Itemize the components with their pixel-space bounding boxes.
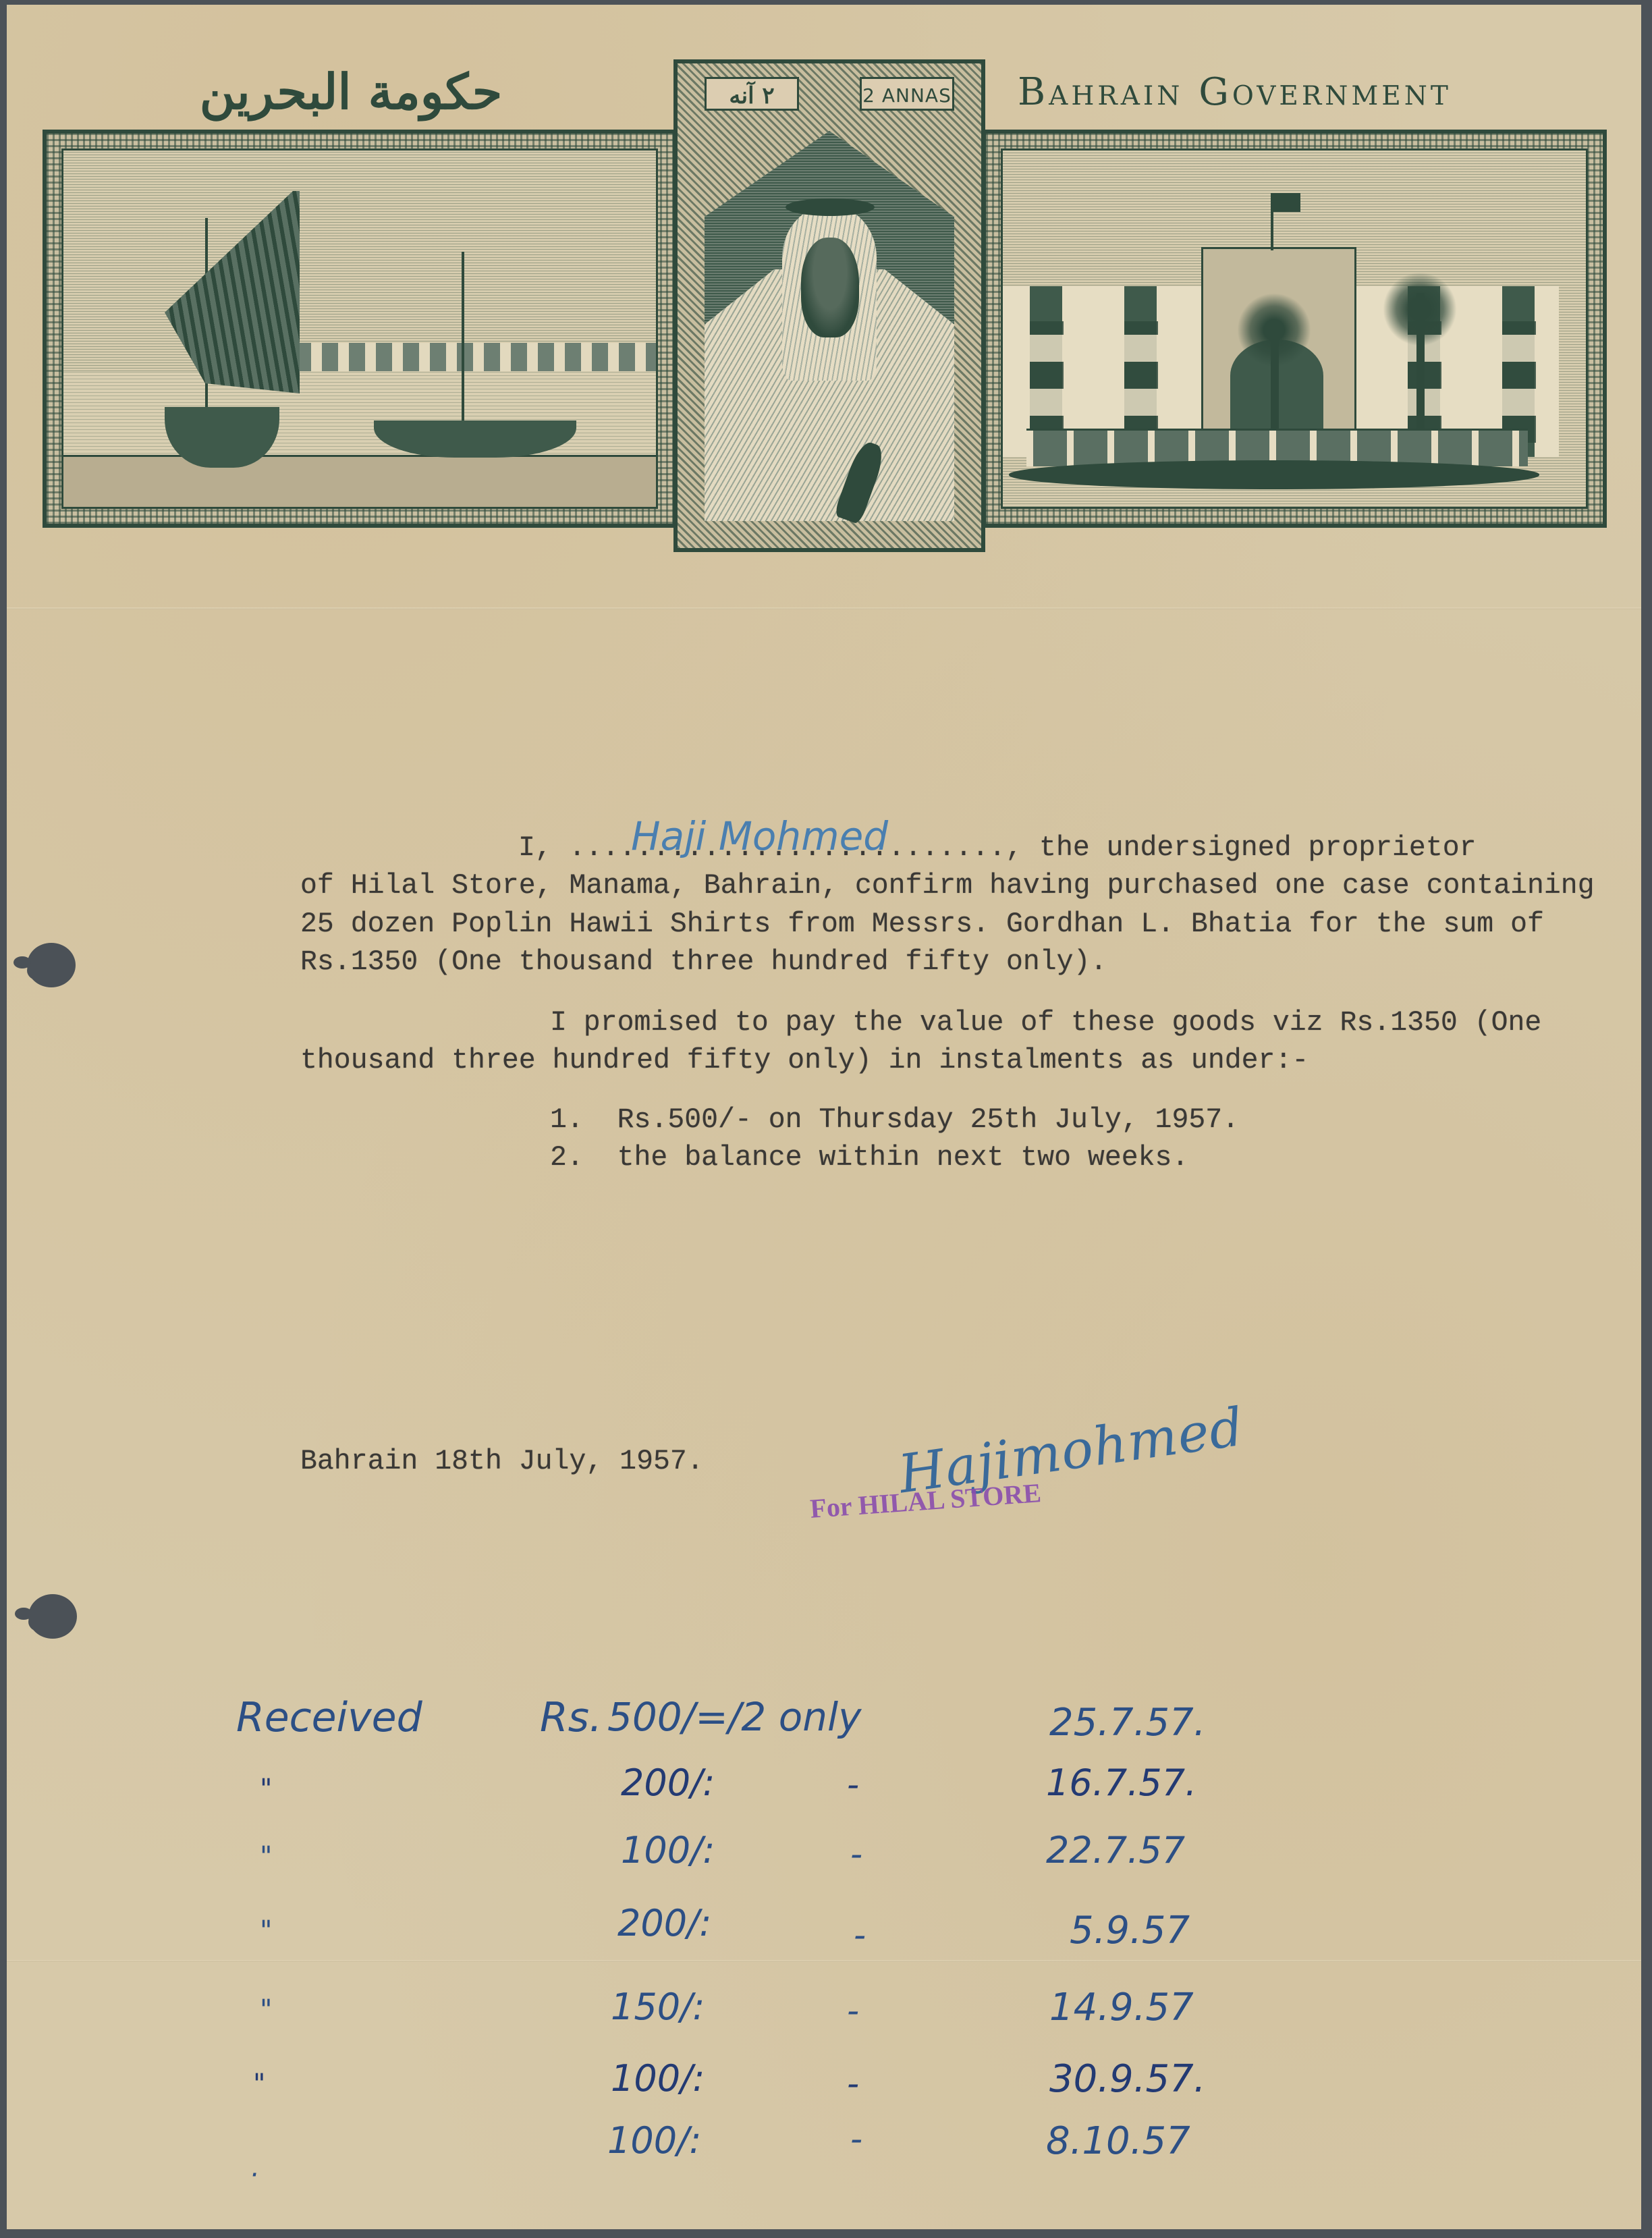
payment-amount: 150/: [611,1986,705,2028]
punch-hole [28,1594,77,1639]
payment-dash: - [850,2119,862,2158]
instalment-1: 1. Rs.500/- on Thursday 25th July, 1957. [550,1101,1239,1139]
body-line-4: Rs.1350 (One thousand three hundred fift… [300,943,1107,981]
payment-date: 8.10.57 [1046,2119,1190,2163]
para2-line-1: I promised to pay the value of these goo… [550,1004,1541,1042]
palm-tree-icon [1383,272,1457,346]
harbour-vignette [43,130,677,528]
payment-amount: 100/: [611,2057,705,2100]
intro-prefix: I, [518,832,569,864]
received-label: Received [236,1694,422,1741]
ditto-mark: " [253,2069,265,2100]
payment-dash: - [850,1834,862,1874]
para2-line-2: thousand three hundred fifty only) in in… [300,1041,1309,1080]
paper-fold [7,1960,1641,1962]
body-line-3: 25 dozen Poplin Hawii Shirts from Messrs… [300,905,1544,944]
payment-date: 14.9.57 [1049,1986,1194,2029]
ditto-mark: " [260,1774,272,1805]
payment-date: 25.7.57. [1049,1701,1206,1745]
government-building-vignette [982,130,1607,528]
government-building-scene-icon [1001,148,1588,509]
arabic-government-title: حكومة البحرين [74,65,628,119]
palm-tree-icon [1237,293,1311,367]
ditto-mark: " [260,1994,272,2025]
payment-date: 16.7.57. [1046,1762,1196,1804]
agal-icon [786,198,875,216]
payment-dash: - [854,1915,866,1955]
ruler-portrait-icon [801,238,859,337]
stamp-denomination-arabic: ٢ آنه [705,77,799,111]
payment-dash: - [847,1991,859,2030]
currency-prefix: Rs. [540,1694,602,1741]
payment-amount: 100/: [607,2119,701,2162]
payment-amount: 200/: [621,1762,715,1804]
ditto-mark: · [250,2160,258,2191]
intro-line-text: , the undersigned proprietor [1006,832,1476,864]
handwritten-name: Haji Mohmed [631,813,888,859]
paper-fold [7,607,1641,609]
payment-amount: 500/=/2 only [607,1694,861,1740]
payment-date: 5.9.57 [1070,1909,1190,1953]
punch-hole [27,943,76,987]
place-and-date: Bahrain 18th July, 1957. [300,1442,704,1481]
instalment-2: 2. the balance within next two weeks. [550,1139,1188,1177]
payment-dash: - [847,2064,859,2103]
stamp-denomination-english: 2 ANNAS [860,77,954,111]
ditto-mark: " [260,1915,272,1946]
payment-amount: 200/: [617,1902,711,1944]
payment-dash: - [847,1765,859,1804]
body-line-2: of Hilal Store, Manama, Bahrain, confirm… [300,867,1595,905]
ditto-mark: " [260,1841,272,1872]
payment-date: 30.9.57. [1049,2057,1206,2101]
payment-date: 22.7.57 [1046,1829,1185,1872]
postage-stamp: ٢ آنه 2 ANNAS [673,59,985,552]
english-government-title: Bahrain Government [1018,70,1578,115]
harbour-scene-icon [61,148,658,509]
payment-amount: 100/: [621,1829,715,1872]
flag-icon [1273,193,1300,212]
